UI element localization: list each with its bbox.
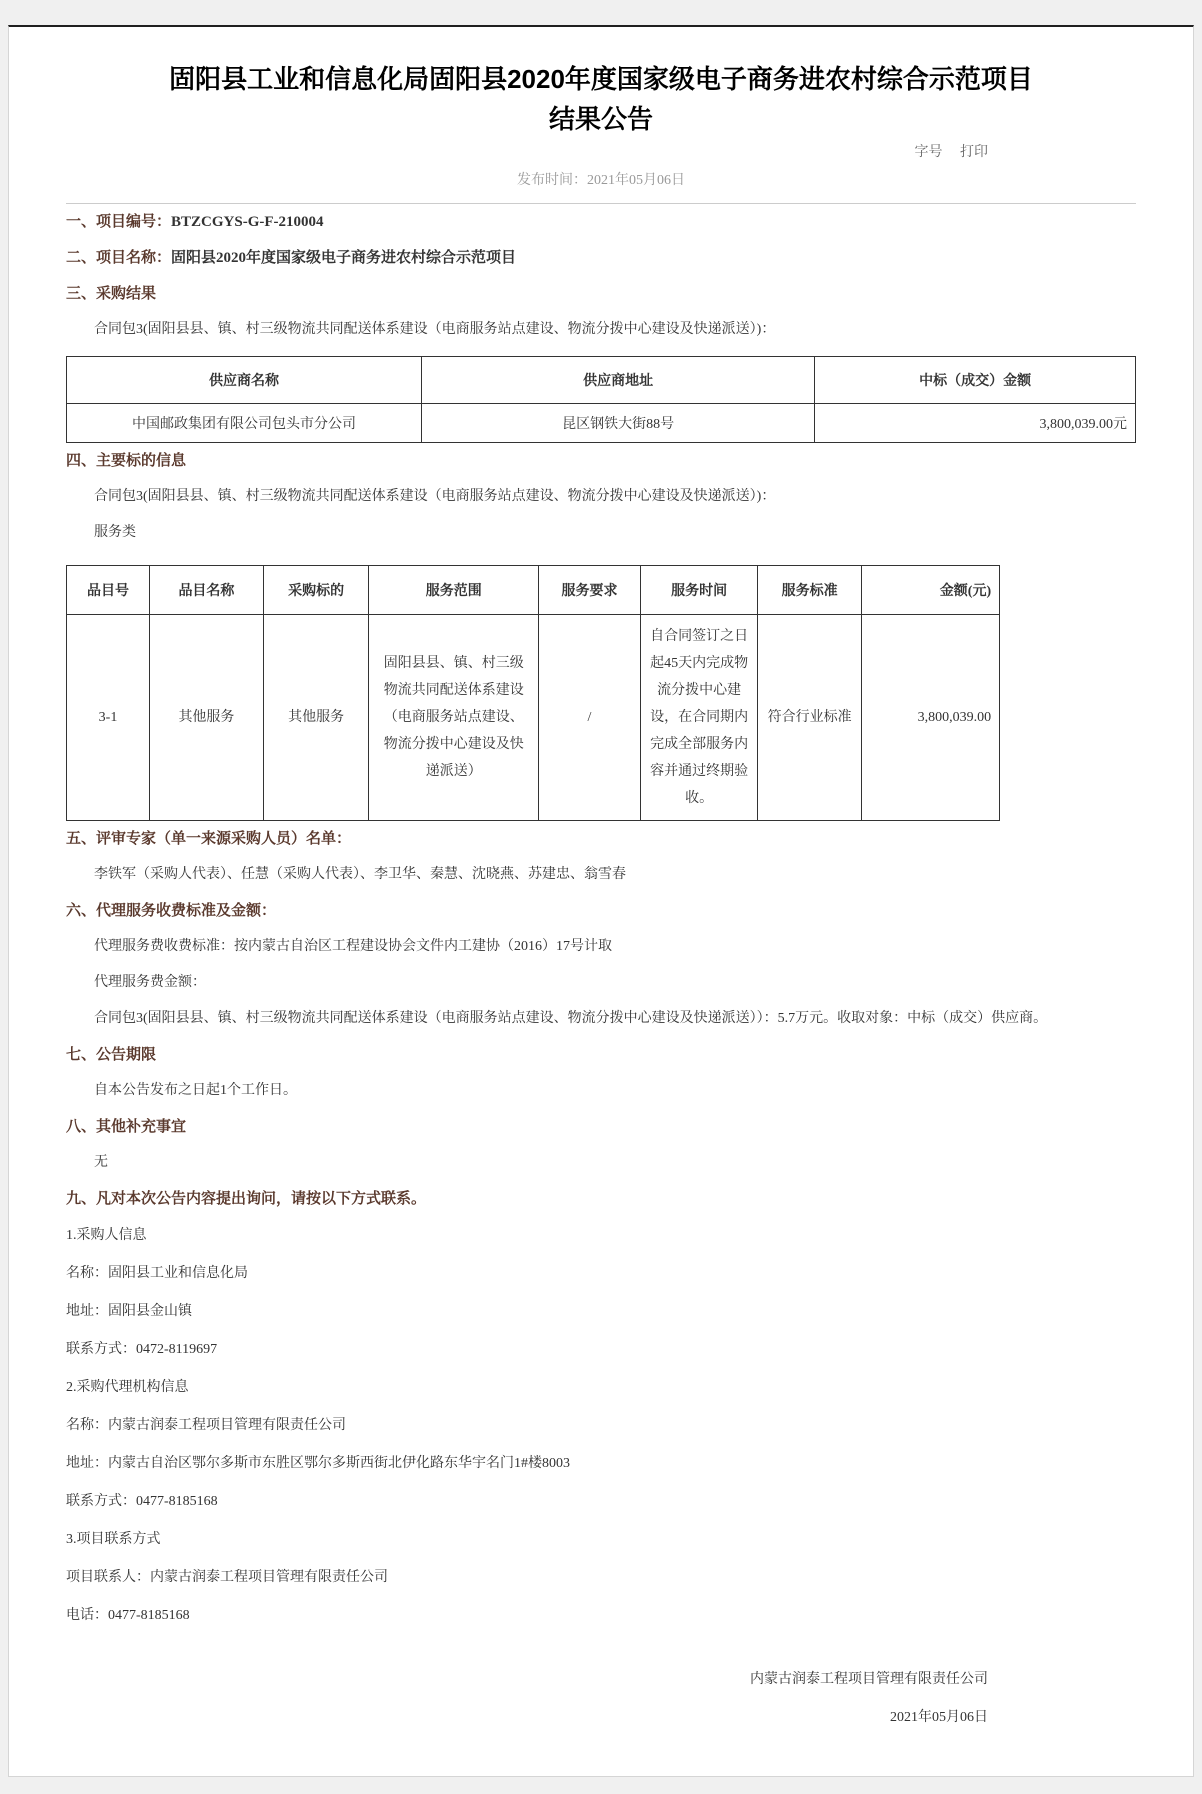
- service-time-header: 服务时间: [640, 566, 758, 615]
- signature-block: 内蒙古润泰工程项目管理有限责任公司 2021年05月06日: [66, 1661, 1136, 1737]
- supplier-table-row: 中国邮政集团有限公司包头市分公司 昆区钢铁大街88号 3,800,039.00元: [67, 404, 1136, 443]
- agency-name: 名称：内蒙古润泰工程项目管理有限责任公司: [66, 1407, 1136, 1445]
- project-number-value: BTZCGYS-G-F-210004: [171, 214, 324, 230]
- service-standard-header: 服务标准: [758, 566, 862, 615]
- signature-company: 内蒙古润泰工程项目管理有限责任公司: [66, 1661, 988, 1699]
- supplier-result-table: 供应商名称 供应商地址 中标（成交）金额 中国邮政集团有限公司包头市分公司 昆区…: [66, 356, 1136, 443]
- section-9-heading: 九、凡对本次公告内容提出询问，请按以下方式联系。: [66, 1181, 1136, 1217]
- buyer-name: 名称：固阳县工业和信息化局: [66, 1255, 1136, 1293]
- agency-fee-amount-label: 代理服务费金额：: [66, 965, 1136, 1001]
- service-requirement-header: 服务要求: [539, 566, 641, 615]
- award-amount-header: 中标（成交）金额: [815, 357, 1136, 404]
- supplier-address-header: 供应商地址: [421, 357, 814, 404]
- section-3-package-line: 合同包3(固阳县县、镇、村三级物流共同配送体系建设（电商服务站点建设、物流分拨中…: [66, 312, 1136, 348]
- font-size-button[interactable]: 字号: [915, 145, 943, 160]
- supplier-name-cell: 中国邮政集团有限公司包头市分公司: [67, 404, 422, 443]
- amount-header: 金额(元): [861, 566, 999, 615]
- procurement-target-cell: 其他服务: [263, 615, 368, 821]
- agency-info-heading: 2.采购代理机构信息: [66, 1369, 1136, 1407]
- section-8-heading: 八、其他补充事宜: [66, 1109, 1136, 1145]
- page-title: 固阳县工业和信息化局固阳县2020年度国家级电子商务进农村综合示范项目 结果公告: [66, 59, 1136, 139]
- item-no-header: 品目号: [67, 566, 150, 615]
- signature-date: 2021年05月06日: [66, 1699, 988, 1737]
- buyer-phone: 联系方式：0472-8119697: [66, 1331, 1136, 1369]
- item-name-cell: 其他服务: [150, 615, 264, 821]
- section-1-heading: 一、项目编号：BTZCGYS-G-F-210004: [66, 204, 1136, 240]
- section-5-heading: 五、评审专家（单一来源采购人员）名单：: [66, 821, 1136, 857]
- page-title-line-2: 结果公告: [66, 99, 1136, 139]
- project-contact-person: 项目联系人：内蒙古润泰工程项目管理有限责任公司: [66, 1559, 1136, 1597]
- project-name-label: 二、项目名称：: [66, 250, 171, 266]
- amount-cell: 3,800,039.00: [861, 615, 999, 821]
- supplier-name-header: 供应商名称: [67, 357, 422, 404]
- procurement-target-header: 采购标的: [263, 566, 368, 615]
- announcement-body: 一、项目编号：BTZCGYS-G-F-210004 二、项目名称：固阳县2020…: [66, 204, 1136, 1635]
- item-table-row: 3-1 其他服务 其他服务 固阳县县、镇、村三级物流共同配送体系建设（电商服务站…: [67, 615, 1000, 821]
- announcement-period: 自本公告发布之日起1个工作日。: [66, 1073, 1136, 1109]
- project-name-value: 固阳县2020年度国家级电子商务进农村综合示范项目: [171, 250, 516, 266]
- item-table-header-row: 品目号 品目名称 采购标的 服务范围 服务要求 服务时间 服务标准 金额(元): [67, 566, 1000, 615]
- announcement-card: 固阳县工业和信息化局固阳县2020年度国家级电子商务进农村综合示范项目 结果公告…: [8, 25, 1194, 1777]
- project-number-label: 一、项目编号：: [66, 214, 171, 230]
- item-no-cell: 3-1: [67, 615, 150, 821]
- agency-phone: 联系方式：0477-8185168: [66, 1483, 1136, 1521]
- agency-fee-amount-line: 合同包3(固阳县县、镇、村三级物流共同配送体系建设（电商服务站点建设、物流分拨中…: [66, 1001, 1136, 1037]
- service-standard-cell: 符合行业标准: [758, 615, 862, 821]
- item-name-header: 品目名称: [150, 566, 264, 615]
- service-time-cell: 自合同签订之日起45天内完成物流分拨中心建设，在合同期内完成全部服务内容并通过终…: [640, 615, 758, 821]
- item-detail-table: 品目号 品目名称 采购标的 服务范围 服务要求 服务时间 服务标准 金额(元) …: [66, 565, 1000, 821]
- section-2-heading: 二、项目名称：固阳县2020年度国家级电子商务进农村综合示范项目: [66, 240, 1136, 276]
- service-requirement-cell: /: [539, 615, 641, 821]
- publish-time: 发布时间：2021年05月06日: [66, 169, 1136, 189]
- section-4-category: 服务类: [66, 515, 1136, 551]
- other-matters: 无: [66, 1145, 1136, 1181]
- agency-fee-standard: 代理服务费收费标准：按内蒙古自治区工程建设协会文件内工建协（2016）17号计取: [66, 929, 1136, 965]
- buyer-address: 地址：固阳县金山镇: [66, 1293, 1136, 1331]
- supplier-address-cell: 昆区钢铁大街88号: [421, 404, 814, 443]
- expert-names: 李铁军（采购人代表）、任慧（采购人代表）、李卫华、秦慧、沈晓燕、苏建忠、翁雪春: [66, 857, 1136, 893]
- project-contact-phone: 电话：0477-8185168: [66, 1597, 1136, 1635]
- supplier-table-header-row: 供应商名称 供应商地址 中标（成交）金额: [67, 357, 1136, 404]
- buyer-info-heading: 1.采购人信息: [66, 1217, 1136, 1255]
- service-scope-header: 服务范围: [369, 566, 539, 615]
- section-4-heading: 四、主要标的信息: [66, 443, 1136, 479]
- section-4-package-line: 合同包3(固阳县县、镇、村三级物流共同配送体系建设（电商服务站点建设、物流分拨中…: [66, 479, 1136, 515]
- section-7-heading: 七、公告期限: [66, 1037, 1136, 1073]
- print-button[interactable]: 打印: [960, 145, 988, 160]
- section-6-heading: 六、代理服务收费标准及金额：: [66, 893, 1136, 929]
- project-contact-heading: 3.项目联系方式: [66, 1521, 1136, 1559]
- toolbar: 字号 打印: [66, 141, 1136, 161]
- section-3-heading: 三、采购结果: [66, 276, 1136, 312]
- page-title-line-1: 固阳县工业和信息化局固阳县2020年度国家级电子商务进农村综合示范项目: [66, 59, 1136, 99]
- service-scope-cell: 固阳县县、镇、村三级物流共同配送体系建设（电商服务站点建设、物流分拨中心建设及快…: [369, 615, 539, 821]
- agency-address: 地址：内蒙古自治区鄂尔多斯市东胜区鄂尔多斯西街北伊化路东华宇名门1#楼8003: [66, 1445, 1136, 1483]
- award-amount-cell: 3,800,039.00元: [815, 404, 1136, 443]
